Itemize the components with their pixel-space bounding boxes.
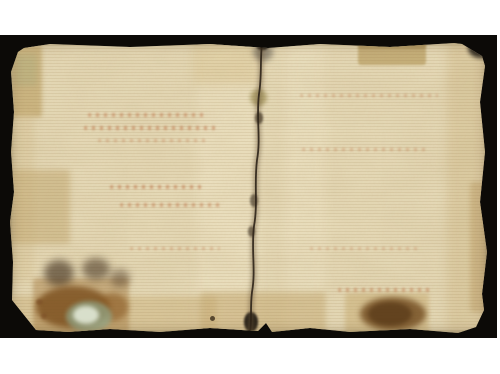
photo-black-backing [0,35,497,338]
aged-banknote-paper [10,42,487,333]
fold-crack-line [250,43,262,333]
center-fold-layer [10,42,487,333]
scan-page [0,0,500,374]
